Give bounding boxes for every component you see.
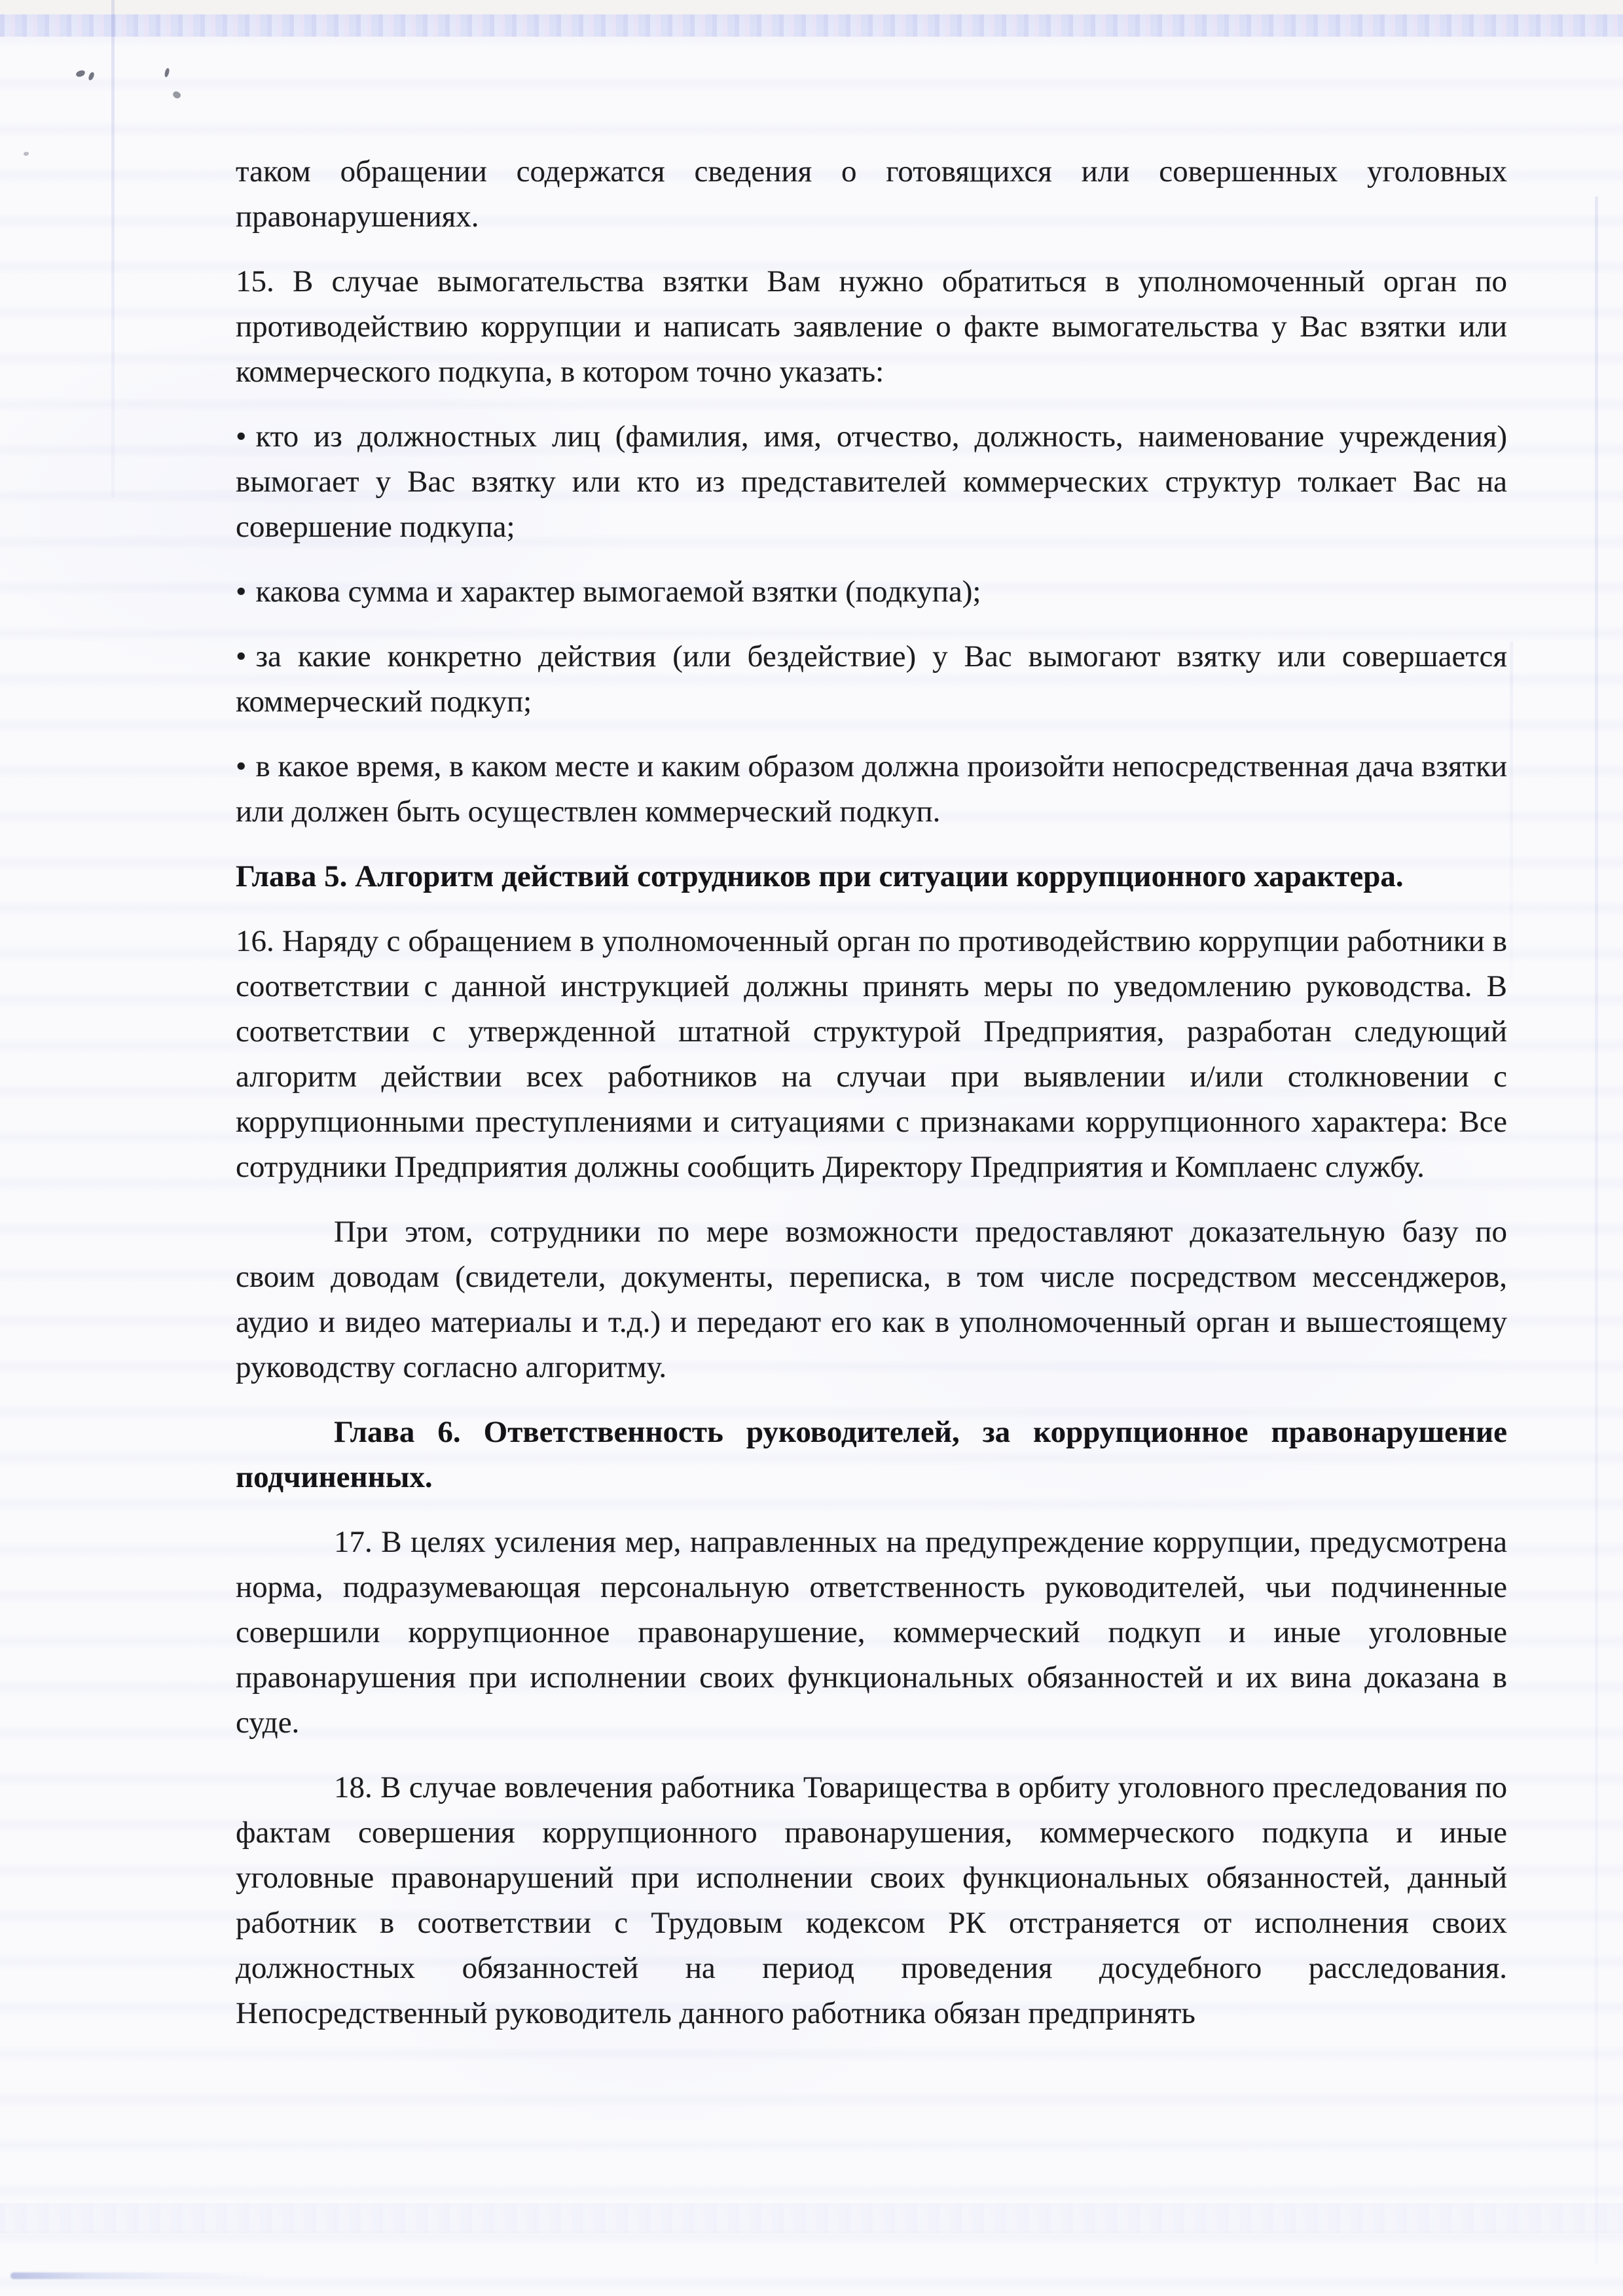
ink-speck bbox=[172, 90, 182, 99]
bullet-item: •в какое время, в каком месте и каким об… bbox=[236, 744, 1507, 834]
scan-smudge-bottom-left bbox=[10, 2272, 272, 2279]
chapter-6-heading: Глава 6. Ответственность руководителей, … bbox=[236, 1410, 1507, 1500]
paragraph-item-16: 16. Наряду с обращением в уполномоченный… bbox=[236, 919, 1507, 1190]
bullet-item: •за какие конкретно действия (или бездей… bbox=[236, 634, 1507, 725]
bullet-icon: • bbox=[236, 420, 246, 454]
bullet-item: •какова сумма и характер вымогаемой взят… bbox=[236, 569, 1507, 615]
bullet-item: •кто из должностных лиц (фамилия, имя, о… bbox=[236, 414, 1507, 550]
bullet-text: какова сумма и характер вымогаемой взятк… bbox=[255, 575, 981, 609]
paragraph-item-18: 18. В случае вовлечения работника Товари… bbox=[236, 1765, 1507, 2036]
scanner-noise-band-bottom bbox=[0, 2203, 1623, 2233]
scan-top-edge bbox=[0, 0, 1623, 14]
scan-streak-right bbox=[1595, 196, 1598, 2265]
paragraph-continuation: таком обращении содержатся сведения о го… bbox=[236, 149, 1507, 240]
ink-speck bbox=[88, 71, 95, 81]
ink-speck bbox=[164, 68, 170, 78]
scan-streak-inner-right bbox=[1510, 641, 1513, 982]
ink-speck bbox=[24, 152, 29, 156]
ink-speck bbox=[75, 69, 86, 77]
scanner-noise-band-top bbox=[0, 14, 1623, 37]
bullet-text: кто из должностных лиц (фамилия, имя, от… bbox=[236, 420, 1507, 544]
document-content: таком обращении содержатся сведения о го… bbox=[236, 149, 1507, 2056]
bullet-icon: • bbox=[236, 575, 246, 609]
scan-streak-left bbox=[111, 0, 115, 497]
paragraph-item-15: 15. В случае вымогательства взятки Вам н… bbox=[236, 259, 1507, 395]
chapter-5-heading: Глава 5. Алгоритм действий сотрудников п… bbox=[236, 854, 1507, 899]
document-page: таком обращении содержатся сведения о го… bbox=[0, 0, 1623, 2296]
bullet-icon: • bbox=[236, 639, 246, 673]
bullet-text: в какое время, в каком месте и каким обр… bbox=[236, 749, 1507, 829]
bullet-text: за какие конкретно действия (или бездейс… bbox=[236, 639, 1507, 719]
paragraph-evidence-note: При этом, сотрудники по мере возможности… bbox=[236, 1210, 1507, 1390]
bullet-icon: • bbox=[236, 749, 246, 783]
paragraph-item-17: 17. В целях усиления мер, направленных н… bbox=[236, 1520, 1507, 1746]
